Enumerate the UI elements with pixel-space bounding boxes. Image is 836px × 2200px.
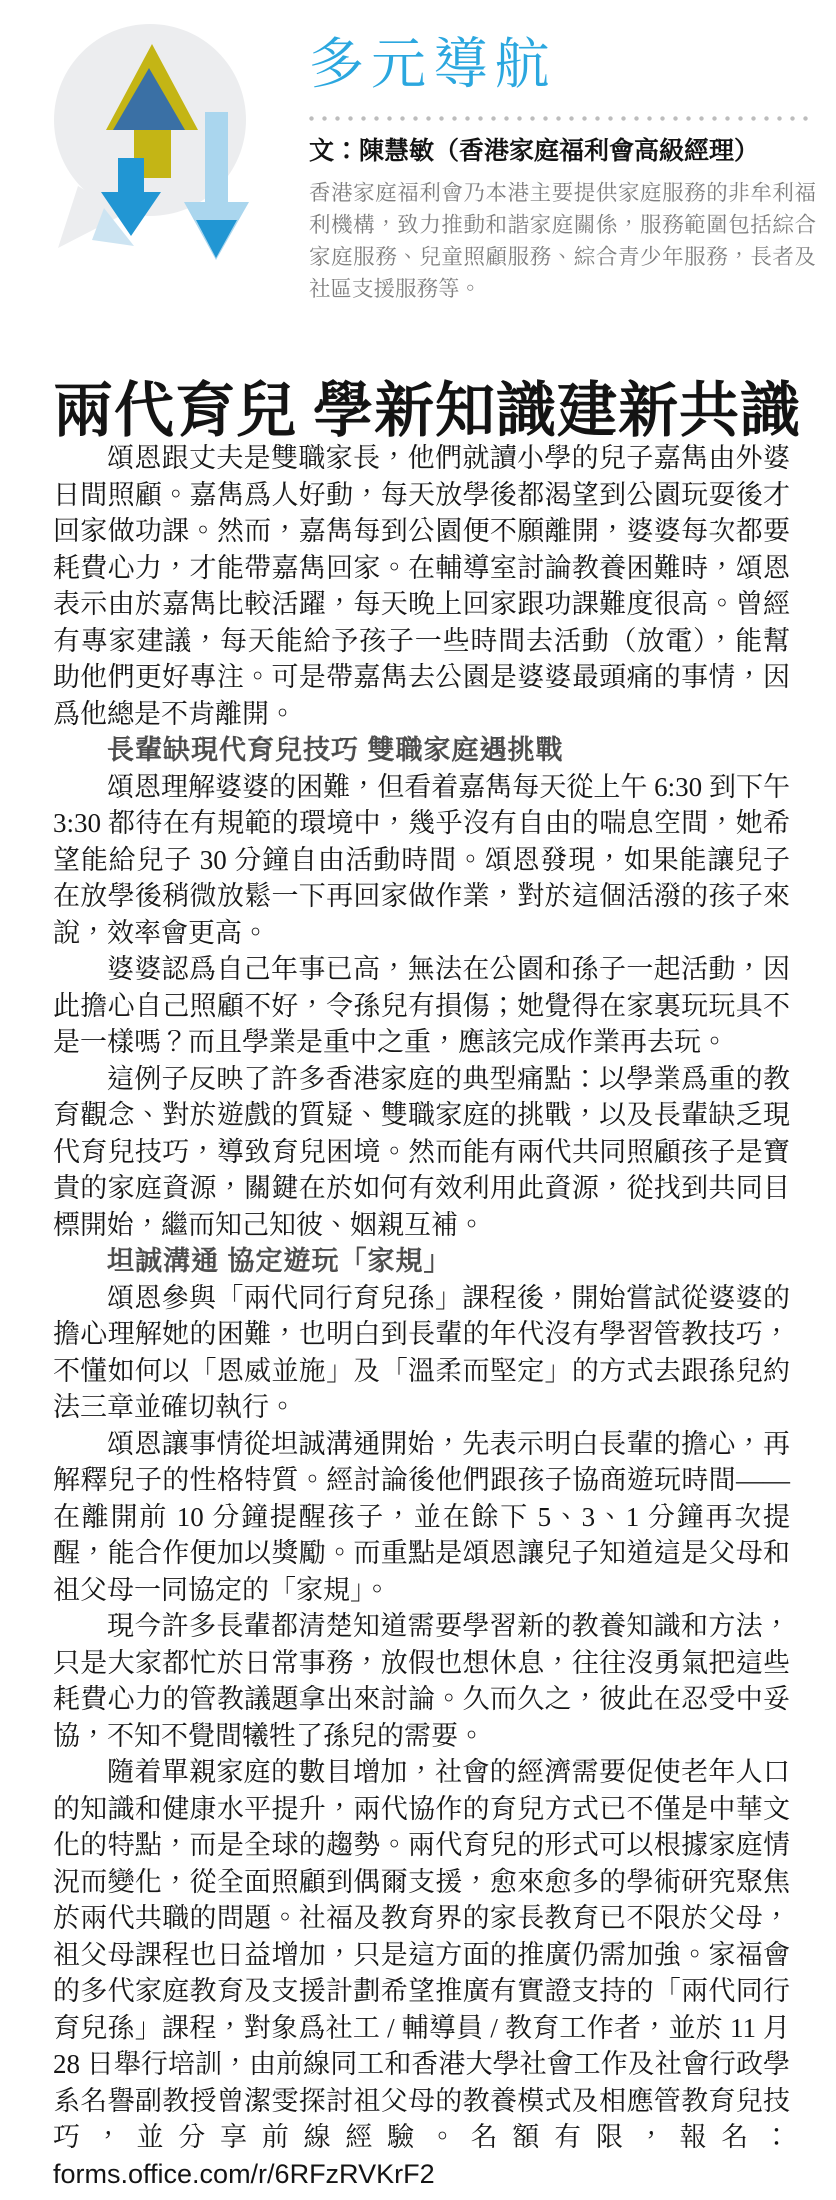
body-paragraph: 隨着單親家庭的數目增加，社會的經濟需要促使老年人口的知識和健康水平提升，兩代協作… bbox=[53, 1754, 790, 2192]
body-paragraph: 這例子反映了許多香港家庭的典型痛點：以學業爲重的教育觀念、對於遊戲的質疑、雙職家… bbox=[53, 1061, 790, 1244]
generations-up-down-arrows-bubble-icon bbox=[44, 8, 252, 268]
body-paragraph: 頌恩參與「兩代同行育兒孫」課程後，開始嘗試從婆婆的擔心理解她的困難，也明白到長輩… bbox=[53, 1280, 790, 1426]
byline: 文：陳慧敏（香港家庭福利會高級經理） bbox=[309, 136, 816, 168]
body-paragraph: 現今許多長輩都清楚知道需要學習新的教養知識和方法，只是大家都忙於日常事務，放假也… bbox=[53, 1608, 790, 1754]
body-paragraph: 頌恩跟丈夫是雙職家長，他們就讀小學的兒子嘉雋由外婆日間照顧。嘉雋爲人好動，每天放… bbox=[53, 440, 790, 732]
article-page: 多元導航 文：陳慧敏（香港家庭福利會高級經理） 香港家庭福利會乃本港主要提供家庭… bbox=[0, 0, 836, 2200]
organization-intro: 香港家庭福利會乃本港主要提供家庭服務的非牟利福利機構，致力推動和諧家庭關係，服務… bbox=[309, 177, 816, 305]
registration-link[interactable]: forms.office.com/r/6RFzRVKrF2 bbox=[53, 2159, 435, 2189]
down-tip-blue bbox=[196, 220, 237, 258]
body-paragraph: 婆婆認爲自己年事已高，無法在公園和孫子一起活動，因此擔心自己照顧不好，令孫兒有損… bbox=[53, 951, 790, 1061]
body-paragraph: 頌恩理解婆婆的困難，但看着嘉雋每天從上午 6:30 到下午 3:30 都待在有規… bbox=[53, 769, 790, 952]
column-logo bbox=[44, 8, 252, 268]
closing-paragraph-text: 隨着單親家庭的數目增加，社會的經濟需要促使老年人口的知識和健康水平提升，兩代協作… bbox=[53, 1757, 790, 2152]
article-headline: 兩代育兒 學新知識建新共識 bbox=[53, 372, 813, 450]
masthead: 多元導航 文：陳慧敏（香港家庭福利會高級經理） 香港家庭福利會乃本港主要提供家庭… bbox=[309, 28, 816, 305]
article-body: 頌恩跟丈夫是雙職家長，他們就讀小學的兒子嘉雋由外婆日間照顧。嘉雋爲人好動，每天放… bbox=[53, 440, 790, 2192]
column-title: 多元導航 bbox=[309, 28, 816, 100]
section-subhead: 長輩缺現代育兒技巧 雙職家庭遇挑戰 bbox=[53, 732, 790, 769]
body-paragraph: 頌恩讓事情從坦誠溝通開始，先表示明白長輩的擔心，再解釋兒子的性格特質。經討論後他… bbox=[53, 1426, 790, 1609]
section-subhead: 坦誠溝通 協定遊玩「家規」 bbox=[53, 1243, 790, 1280]
dotted-divider bbox=[309, 116, 816, 121]
